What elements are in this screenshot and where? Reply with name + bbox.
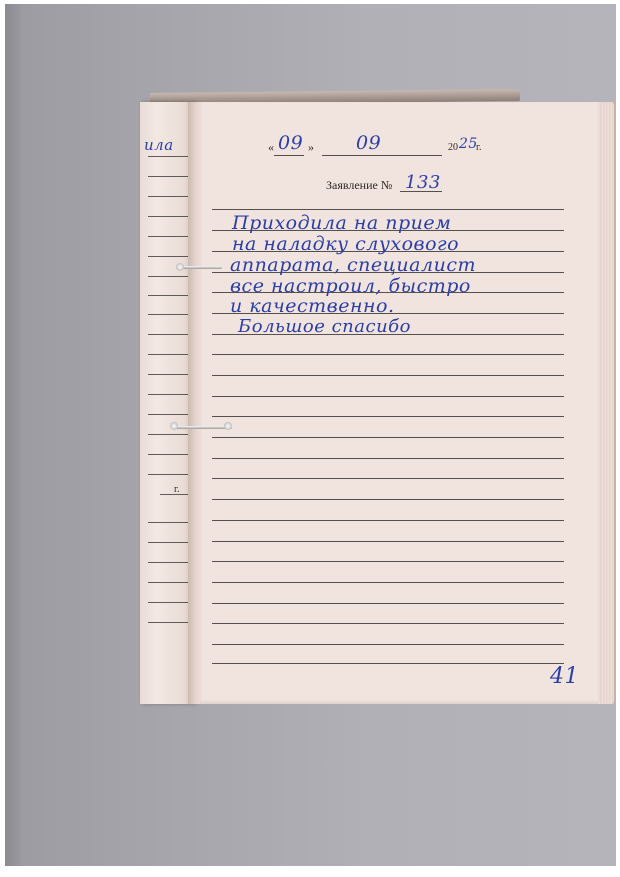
stub-rule (148, 334, 188, 335)
body-line-2: на наладку слухового (232, 233, 459, 255)
page-rule (212, 375, 564, 376)
page-rule (212, 561, 564, 562)
stub-year-mark: г. (174, 484, 179, 495)
page-rule (212, 603, 564, 604)
page-stack-edge (598, 102, 616, 704)
page-rule (212, 644, 564, 645)
stub-rule (148, 276, 188, 277)
page-rule (212, 354, 564, 355)
page-rule (212, 520, 564, 521)
page-rule (212, 541, 564, 542)
page-rule (212, 499, 564, 500)
date-month-underline (322, 155, 442, 156)
page-rule (212, 582, 564, 583)
page-rule (212, 209, 564, 210)
page-rule (212, 663, 564, 664)
staple-bottom-end-left (170, 422, 178, 430)
statement-label: Заявление № (326, 178, 392, 193)
stub-rule (148, 582, 188, 583)
page-rule (212, 623, 564, 624)
date-close-quote: » (308, 140, 314, 155)
stub-rule (148, 394, 188, 395)
stub-rule (148, 434, 188, 435)
stub-handwritten-fragment: ила (144, 136, 174, 154)
stub-rule (148, 414, 188, 415)
date-day: 09 (278, 132, 303, 154)
year-handwritten: 25 (459, 136, 478, 152)
stub-rule (148, 542, 188, 543)
date-open-quote: « (268, 140, 274, 155)
stub-rule (148, 314, 188, 315)
stub-rule (148, 622, 188, 623)
stub-rule (148, 354, 188, 355)
page-rule (212, 478, 564, 479)
stub-rule (148, 176, 188, 177)
complaint-book: ила г. « 09 » 09 20 25 (140, 100, 615, 706)
stub-rule (148, 522, 188, 523)
date-day-underline (274, 155, 304, 156)
year-prefix: 20 (448, 142, 458, 153)
date-month: 09 (356, 132, 381, 154)
page-rule (212, 458, 564, 459)
page-rule (212, 396, 564, 397)
stub-rule (148, 295, 188, 296)
year-mark: г. (476, 142, 481, 153)
page-number: 41 (550, 664, 579, 689)
statement-number: 133 (405, 172, 441, 193)
staple-bottom-end-right (224, 422, 232, 430)
stub-rule (148, 562, 188, 563)
body-line-1: Приходила на прием (232, 212, 451, 234)
page-rule (212, 416, 564, 417)
stub-rule (148, 196, 188, 197)
body-line-3: аппарата, специалист (230, 254, 476, 276)
stub-rule (148, 374, 188, 375)
counterfoil-stub: ила г. (140, 102, 195, 704)
complaint-page: « 09 » 09 20 25 г. Заявление № 133 (200, 102, 600, 704)
body-line-5: и качественно. (230, 295, 394, 317)
statement-number-underline (400, 191, 442, 192)
page-rule (212, 437, 564, 438)
stub-rule (148, 474, 188, 475)
body-line-6: Большое спасибо (238, 316, 411, 337)
stub-rule (148, 156, 188, 157)
body-line-4: все настроил, быстро (230, 275, 471, 297)
stub-rule (148, 602, 188, 603)
stub-rule (148, 256, 188, 257)
stub-rule (148, 236, 188, 237)
stub-rule (148, 216, 188, 217)
stub-rule (148, 454, 188, 455)
staple-top (180, 266, 222, 269)
staple-top-end (176, 263, 184, 271)
